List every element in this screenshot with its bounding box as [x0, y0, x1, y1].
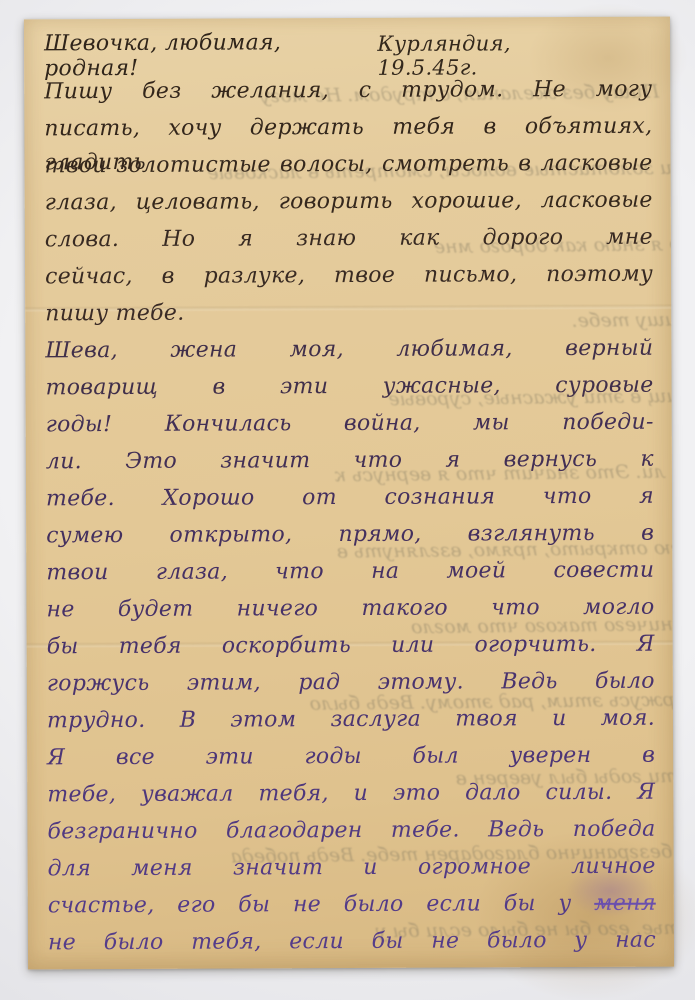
letter-paper: Пишу без желания, с трудом. Не могутвои …	[24, 17, 674, 970]
letter-line: счастье, его бы не было если бы у меня	[48, 887, 656, 927]
letter-line: безгранично благодарен тебе. Ведь победа	[47, 813, 655, 853]
letter-line: тебе, уважал тебя, и это дало силы. Я	[47, 776, 655, 816]
letter-line: слова. Но я знаю как дорого мне	[45, 221, 653, 261]
letter-line: не будет ничего такого что могло	[46, 591, 654, 631]
letter-line: Шева, жена моя, любимая, верный	[45, 332, 653, 372]
letter-heading: Шевочка, любимая, родная! Курляндия, 19.…	[44, 29, 652, 76]
letter-line: годы! Кончилась война, мы победи-	[46, 406, 654, 446]
letter-line: не было тебя, если бы не было у нас	[48, 924, 656, 964]
photo-background: { "letter": { "kind": "handwritten-lette…	[0, 0, 695, 1000]
letter-line: тебе. Хорошо от сознания что я	[46, 480, 654, 520]
letter-line: сейчас, в разлуке, твое письмо, поэтому	[45, 258, 653, 298]
letter-line: трудно. В этом заслуга твоя и моя.	[47, 702, 655, 742]
letter-body: Пишу без желания, с трудом. Не могуписат…	[44, 73, 656, 964]
letter-line: для меня значит и огромное личное	[48, 850, 656, 890]
letter-line: твои глаза, что на моей совести	[46, 554, 654, 594]
letter-line: бы тебя оскорбить или огорчить. Я	[47, 628, 655, 668]
letter-line: Я все эти годы был уверен в	[47, 739, 655, 779]
letter-line: Пишу без желания, с трудом. Не могу	[44, 73, 652, 113]
letter-line: сумею открыто, прямо, взглянуть в	[46, 517, 654, 557]
letter-line: писать, хочу держать тебя в объятиях, гл…	[44, 110, 652, 150]
letter-line: горжусь этим, рад этому. Ведь было	[47, 665, 655, 705]
letter-line: пишу тебе.	[45, 295, 653, 335]
letter-line: твои золотистые волосы, смотреть в ласко…	[44, 147, 652, 187]
letter-line: глаза, целовать, говорить хорошие, ласко…	[45, 184, 653, 224]
letter-line: товарищ в эти ужасные, суровые	[45, 369, 653, 409]
letter-line: ли. Это значит что я вернусь к	[46, 443, 654, 483]
struck-word: меня	[594, 891, 656, 916]
letter-content: Шевочка, любимая, родная! Курляндия, 19.…	[24, 17, 674, 970]
